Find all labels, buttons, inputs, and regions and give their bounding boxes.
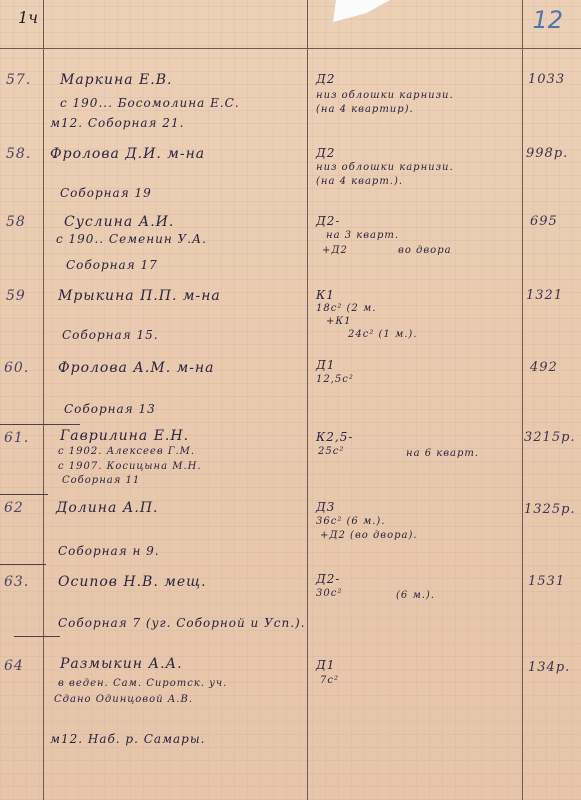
owner-name: Осипов Н.В. мещ. bbox=[58, 574, 207, 590]
item-detail: (на 4 квартир). bbox=[316, 104, 414, 115]
entry-number: 62 bbox=[4, 500, 24, 516]
item-code: Д1 bbox=[316, 658, 335, 672]
entry-number: 64 bbox=[4, 658, 24, 674]
entry-separator bbox=[0, 494, 48, 495]
owner-name: Гаврилина Е.Н. bbox=[60, 428, 189, 444]
item-detail: низ облошки карнизи. bbox=[316, 162, 454, 173]
torn-paper-corner bbox=[330, 0, 390, 22]
item-detail: 36с² (6 м.). bbox=[316, 516, 386, 527]
item-detail: на 3 кварт. bbox=[326, 230, 399, 241]
amount: 998р. bbox=[526, 146, 568, 161]
entry-number: 61. bbox=[4, 430, 29, 446]
item-detail: 18с² (2 м. bbox=[316, 303, 376, 314]
page-number: 12 bbox=[532, 6, 563, 34]
amount: 3215р. bbox=[524, 430, 576, 445]
item-detail: во двора bbox=[398, 245, 452, 256]
item-detail: +Д2 (во двора). bbox=[320, 530, 418, 541]
amount: 492 bbox=[530, 360, 558, 375]
entry-number: 59 bbox=[6, 288, 26, 304]
corner-mark: 1ч bbox=[18, 8, 38, 27]
item-code: Д1 bbox=[316, 358, 335, 372]
header-rule bbox=[0, 48, 581, 49]
item-detail: 12,5с² bbox=[316, 374, 354, 385]
item-detail: на 6 кварт. bbox=[406, 448, 479, 459]
amount: 1033 bbox=[528, 72, 565, 87]
amount: 134р. bbox=[528, 660, 570, 675]
entry-line: с 1902. Алексеев Г.М. bbox=[58, 446, 195, 457]
column-divider-number bbox=[43, 0, 44, 800]
owner-name: Маркина Е.В. bbox=[60, 72, 172, 88]
item-detail: +Д2 bbox=[322, 245, 348, 256]
entry-line: Сдано Одинцовой А.В. bbox=[54, 694, 193, 705]
entry-separator bbox=[0, 424, 80, 425]
entry-line: с 190.. Семенин У.А. bbox=[56, 232, 207, 246]
address: Соборная 19 bbox=[60, 186, 152, 200]
amount: 1321 bbox=[526, 288, 563, 303]
amount: 695 bbox=[530, 214, 558, 229]
item-detail: 24с² (1 м.). bbox=[348, 329, 418, 340]
entry-number: 60. bbox=[4, 360, 29, 376]
entry-separator bbox=[0, 564, 46, 565]
owner-name: Суслина А.И. bbox=[64, 214, 174, 230]
entry-number: 57. bbox=[6, 72, 31, 88]
item-detail: (на 4 кварт.). bbox=[316, 176, 403, 187]
owner-name: Мрыкина П.П. м-на bbox=[58, 288, 221, 304]
entry-number: 58. bbox=[6, 146, 31, 162]
entry-separator bbox=[14, 636, 60, 637]
item-code: Д2- bbox=[316, 572, 340, 586]
item-code: К2,5- bbox=[316, 430, 353, 444]
amount: 1531 bbox=[528, 574, 565, 589]
item-detail: +К1 bbox=[326, 316, 351, 327]
item-detail: 7с² bbox=[320, 675, 339, 686]
item-detail: 30с² bbox=[316, 588, 342, 599]
amount: 1325р. bbox=[524, 502, 576, 517]
address: м12. Наб. р. Самары. bbox=[50, 732, 205, 746]
item-detail: низ облошки карнизи. bbox=[316, 90, 454, 101]
address: Соборная 17 bbox=[66, 258, 158, 272]
item-code: Д2- bbox=[316, 214, 340, 228]
item-code: Д2 bbox=[316, 72, 335, 86]
owner-name: Фролова Д.И. м-на bbox=[50, 146, 205, 162]
address: Соборная 13 bbox=[64, 402, 156, 416]
column-divider-amount bbox=[522, 0, 523, 800]
address: Соборная н 9. bbox=[58, 544, 160, 558]
owner-name: Фролова А.М. м-на bbox=[58, 360, 215, 376]
item-detail: (6 м.). bbox=[396, 590, 435, 601]
item-detail: 25с² bbox=[318, 446, 344, 457]
item-code: К1 bbox=[316, 288, 335, 302]
address: м12. Соборная 21. bbox=[50, 116, 184, 130]
owner-name: Долина А.П. bbox=[56, 500, 158, 516]
address: Соборная 15. bbox=[62, 328, 159, 342]
entry-number: 63. bbox=[4, 574, 29, 590]
address: Соборная 7 (уг. Соборной и Усп.). bbox=[58, 616, 306, 630]
owner-name: Размыкин А.А. bbox=[60, 656, 183, 672]
item-code: Д2 bbox=[316, 146, 335, 160]
entry-line: с 1907. Косицына М.Н. bbox=[58, 461, 202, 472]
entry-number: 58 bbox=[6, 214, 26, 230]
ledger-page: 1ч 12 57. Маркина Е.В. с 190... Босомоли… bbox=[0, 0, 581, 800]
column-divider-description bbox=[307, 0, 308, 800]
entry-line: в веден. Сам. Сиротск. уч. bbox=[58, 678, 227, 689]
entry-line: с 190... Босомолина Е.С. bbox=[60, 96, 240, 110]
item-code: Д3 bbox=[316, 500, 335, 514]
address: Соборная 11 bbox=[62, 475, 140, 486]
